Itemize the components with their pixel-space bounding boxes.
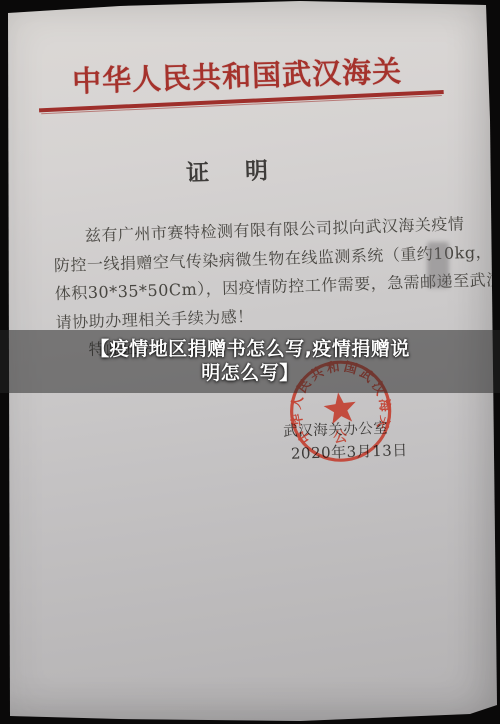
caption-overlay: 【疫情地区捐赠书怎么写,疫情捐赠说 明怎么写】 bbox=[0, 330, 500, 393]
photo-background: 中华人民共和国武汉海关 证 明 兹有广州市赛特检测有限有限公司拟向武汉海关疫情 … bbox=[0, 0, 500, 724]
caption-text-line: 【疫情地区捐赠书怎么写,疫情捐赠说 bbox=[90, 338, 410, 362]
caption-text-line: 明怎么写】 bbox=[201, 362, 299, 386]
document-subject-title: 证 明 bbox=[0, 146, 474, 194]
paper-smudge bbox=[427, 242, 449, 288]
seal-star-icon bbox=[322, 390, 358, 425]
